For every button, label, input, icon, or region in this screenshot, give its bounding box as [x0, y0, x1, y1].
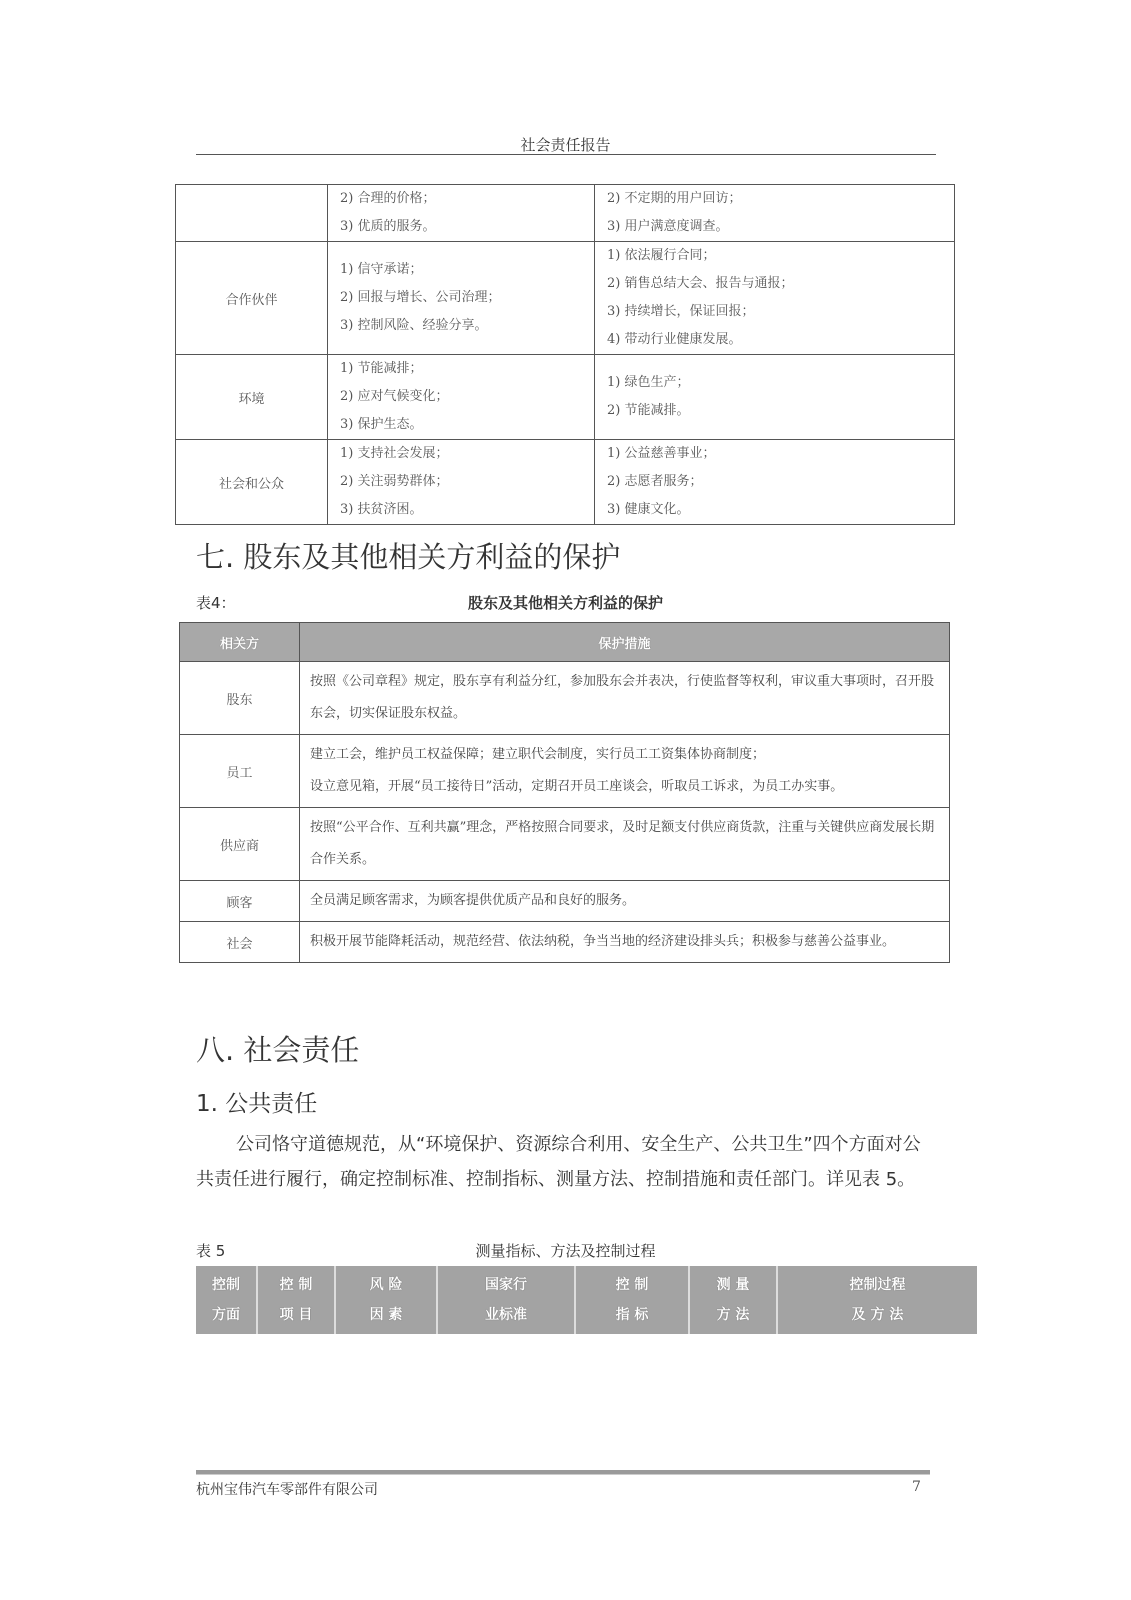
- list-item: 2) 回报与增长、公司治理；: [340, 284, 594, 312]
- table-row: 顾客 全员满足顾客需求，为顾客提供优质产品和良好的服务。: [180, 881, 950, 922]
- section-7-heading: 七. 股东及其他相关方利益的保护: [196, 535, 620, 576]
- measure-cell: 全员满足顾客需求，为顾客提供优质产品和良好的服务。: [300, 881, 950, 922]
- measure-cell: 按照“公平合作、互利共赢”理念，严格按照合同要求，及时足额支付供应商货款，注重与…: [300, 808, 950, 881]
- subsection-heading: 1. 公共责任: [196, 1085, 317, 1118]
- list-item: 3) 优质的服务。: [340, 213, 594, 241]
- measure-cell: 按照《公司章程》规定，股东享有利益分红，参加股东会并表决，行使监督等权利，审议重…: [300, 662, 950, 735]
- responses-cell: 1) 公益慈善事业； 2) 志愿者服务； 3) 健康文化。: [595, 440, 955, 525]
- table-row: 供应商 按照“公平合作、互利共赢”理念，严格按照合同要求，及时足额支付供应商货款…: [180, 808, 950, 881]
- party-cell: 社会: [180, 922, 300, 963]
- section-8-heading: 八. 社会责任: [196, 1028, 359, 1069]
- list-item: 1) 信守承诺；: [340, 256, 594, 284]
- table-row: 2) 合理的价格； 3) 优质的服务。 2) 不定期的用户回访； 3) 用户满意…: [176, 185, 955, 242]
- header-cell: 控 制项 目: [257, 1266, 335, 1334]
- list-item: 1) 支持社会发展；: [340, 440, 594, 468]
- party-cell: 股东: [180, 662, 300, 735]
- table-header-row: 相关方 保护措施: [180, 623, 950, 662]
- list-item: 3) 用户满意度调查。: [607, 213, 954, 241]
- table-5-title: 测量指标、方法及控制过程: [0, 1240, 1131, 1261]
- measure-cell: 积极开展节能降耗活动，规范经营、依法纳税，争当当地的经济建设排头兵；积极参与慈善…: [300, 922, 950, 963]
- party-cell: 供应商: [180, 808, 300, 881]
- list-item: 1) 公益慈善事业；: [607, 440, 954, 468]
- body-paragraph: 公司恪守道德规范，从“环境保护、资源综合利用、安全生产、公共卫生”四个方面对公共…: [196, 1127, 936, 1197]
- party-cell: [176, 185, 328, 242]
- header-cell: 控 制指 标: [575, 1266, 689, 1334]
- list-item: 1) 依法履行合同；: [607, 242, 954, 270]
- list-item: 2) 节能减排。: [607, 397, 954, 425]
- measure-line: 建立工会，维护员工权益保障；建立职代会制度，实行员工工资集体协商制度；: [310, 739, 939, 771]
- table-4-title: 股东及其他相关方利益的保护: [0, 592, 1131, 613]
- footer-company: 杭州宝伟汽车零部件有限公司: [196, 1479, 378, 1499]
- list-item: 3) 保护生态。: [340, 411, 594, 439]
- header-cell: 国家行业标准: [437, 1266, 575, 1334]
- list-item: 2) 不定期的用户回访；: [607, 185, 954, 213]
- table-row: 合作伙伴 1) 信守承诺； 2) 回报与增长、公司治理； 3) 控制风险、经验分…: [176, 242, 955, 355]
- running-header: 社会责任报告: [0, 134, 1131, 155]
- table-row: 社会和公众 1) 支持社会发展； 2) 关注弱势群体； 3) 扶贫济困。 1) …: [176, 440, 955, 525]
- page-number: 7: [912, 1479, 921, 1495]
- header-cell: 测 量方 法: [689, 1266, 777, 1334]
- responses-cell: 1) 绿色生产； 2) 节能减排。: [595, 355, 955, 440]
- header-party: 相关方: [180, 623, 300, 662]
- list-item: 1) 节能减排；: [340, 355, 594, 383]
- party-cell: 顾客: [180, 881, 300, 922]
- measure-cell: 建立工会，维护员工权益保障；建立职代会制度，实行员工工资集体协商制度； 设立意见…: [300, 735, 950, 808]
- table-row: 员工 建立工会，维护员工权益保障；建立职代会制度，实行员工工资集体协商制度； 设…: [180, 735, 950, 808]
- expectations-cell: 1) 信守承诺； 2) 回报与增长、公司治理； 3) 控制风险、经验分享。: [328, 242, 595, 355]
- expectations-cell: 1) 节能减排； 2) 应对气候变化； 3) 保护生态。: [328, 355, 595, 440]
- header-rule: [196, 154, 936, 155]
- list-item: 3) 控制风险、经验分享。: [340, 312, 594, 340]
- list-item: 1) 绿色生产；: [607, 369, 954, 397]
- responses-cell: 2) 不定期的用户回访； 3) 用户满意度调查。: [595, 185, 955, 242]
- list-item: 2) 应对气候变化；: [340, 383, 594, 411]
- list-item: 3) 健康文化。: [607, 496, 954, 524]
- list-item: 3) 扶贫济困。: [340, 496, 594, 524]
- responses-cell: 1) 依法履行合同； 2) 销售总结大会、报告与通报； 3) 持续增长，保证回报…: [595, 242, 955, 355]
- measurement-table: 控制方面 控 制项 目 风 险因 素 国家行业标准 控 制指 标 测 量方 法 …: [196, 1266, 977, 1334]
- party-cell: 社会和公众: [176, 440, 328, 525]
- measure-line: 设立意见箱，开展“员工接待日”活动，定期召开员工座谈会，听取员工诉求，为员工办实…: [310, 771, 939, 803]
- table-row: 股东 按照《公司章程》规定，股东享有利益分红，参加股东会并表决，行使监督等权利，…: [180, 662, 950, 735]
- header-cell: 控制方面: [196, 1266, 257, 1334]
- table-row: 社会 积极开展节能降耗活动，规范经营、依法纳税，争当当地的经济建设排头兵；积极参…: [180, 922, 950, 963]
- party-cell: 环境: [176, 355, 328, 440]
- expectations-cell: 2) 合理的价格； 3) 优质的服务。: [328, 185, 595, 242]
- list-item: 3) 持续增长，保证回报；: [607, 298, 954, 326]
- list-item: 2) 志愿者服务；: [607, 468, 954, 496]
- list-item: 2) 关注弱势群体；: [340, 468, 594, 496]
- list-item: 2) 销售总结大会、报告与通报；: [607, 270, 954, 298]
- table-header-row: 控制方面 控 制项 目 风 险因 素 国家行业标准 控 制指 标 测 量方 法 …: [196, 1266, 977, 1334]
- list-item: 2) 合理的价格；: [340, 185, 594, 213]
- party-cell: 合作伙伴: [176, 242, 328, 355]
- table-row: 环境 1) 节能减排； 2) 应对气候变化； 3) 保护生态。 1) 绿色生产；…: [176, 355, 955, 440]
- list-item: 4) 带动行业健康发展。: [607, 326, 954, 354]
- shareholder-protection-table: 相关方 保护措施 股东 按照《公司章程》规定，股东享有利益分红，参加股东会并表决…: [179, 622, 950, 963]
- header-measures: 保护措施: [300, 623, 950, 662]
- paragraph-text: 公司恪守道德规范，从“环境保护、资源综合利用、安全生产、公共卫生”四个方面对公共…: [196, 1134, 921, 1190]
- party-cell: 员工: [180, 735, 300, 808]
- header-cell: 风 险因 素: [335, 1266, 437, 1334]
- expectations-cell: 1) 支持社会发展； 2) 关注弱势群体； 3) 扶贫济困。: [328, 440, 595, 525]
- stakeholder-table-continued: 2) 合理的价格； 3) 优质的服务。 2) 不定期的用户回访； 3) 用户满意…: [175, 184, 955, 525]
- header-cell: 控制过程及 方 法: [777, 1266, 977, 1334]
- footer-rule: [196, 1470, 930, 1475]
